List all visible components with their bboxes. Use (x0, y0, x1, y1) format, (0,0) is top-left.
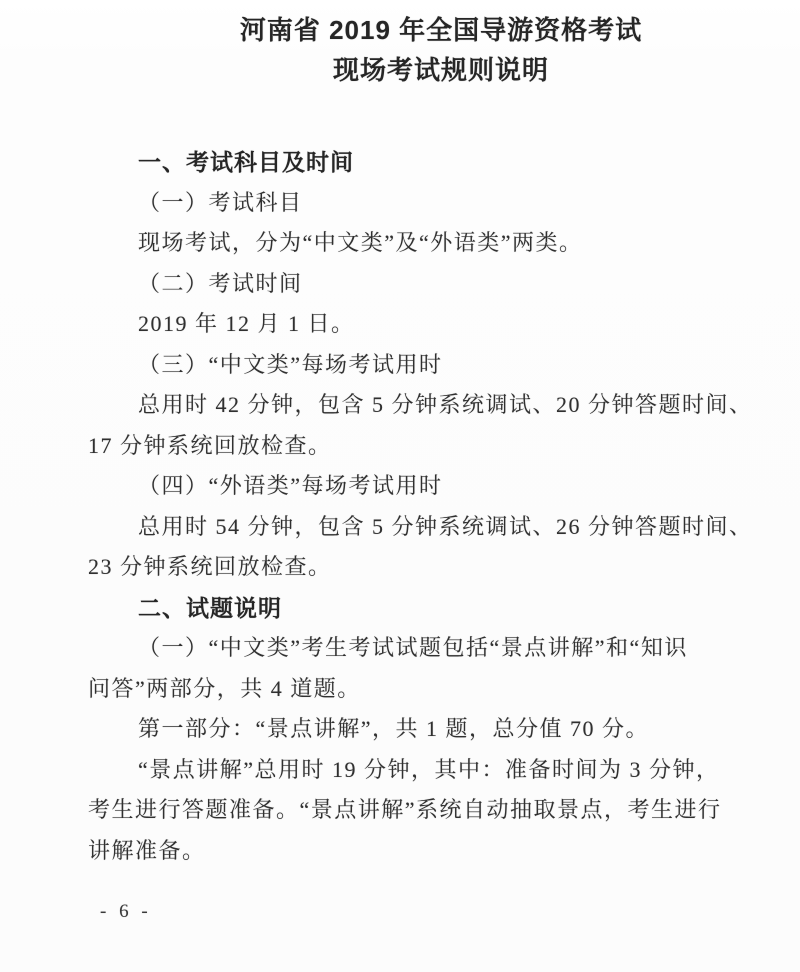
paragraph-scenic-explain-2: 考生进行答题准备。“景点讲解”系统自动抽取景点，考生进行 (88, 790, 710, 831)
section-heading-question-description: 二、试题说明 (88, 588, 710, 629)
subsection-exam-time: （二）考试时间 (88, 264, 710, 305)
paragraph-scenic-explain-3: 讲解准备。 (88, 831, 710, 872)
document-body: 一、考试科目及时间 （一）考试科目 现场考试，分为“中文类”及“外语类”两类。 … (88, 142, 710, 871)
page-number: - 6 - (88, 901, 710, 923)
subsection-foreign-duration: （四）“外语类”每场考试用时 (88, 466, 710, 507)
document-title: 河南省 2019 年全国导游资格考试 现场考试规则说明 (130, 10, 752, 90)
document-title-line-2: 现场考试规则说明 (130, 50, 752, 90)
paragraph-exam-date: 2019 年 12 月 1 日。 (88, 304, 710, 345)
paragraph-scenic-explain-1: “景点讲解”总用时 19 分钟，其中：准备时间为 3 分钟， (88, 750, 710, 791)
paragraph-chinese-duration-2: 17 分钟系统回放检查。 (88, 426, 710, 467)
paragraph-chinese-questions-2: 问答”两部分，共 4 道题。 (88, 669, 710, 710)
paragraph-foreign-duration-2: 23 分钟系统回放检查。 (88, 547, 710, 588)
document-title-line-1: 河南省 2019 年全国导游资格考试 (130, 10, 752, 50)
document-page: 河南省 2019 年全国导游资格考试 现场考试规则说明 一、考试科目及时间 （一… (0, 0, 800, 972)
paragraph-chinese-duration-1: 总用时 42 分钟，包含 5 分钟系统调试、20 分钟答题时间、 (88, 385, 710, 426)
section-heading-exam-subjects-and-time: 一、考试科目及时间 (88, 142, 710, 183)
paragraph-foreign-duration-1: 总用时 54 分钟，包含 5 分钟系统调试、26 分钟答题时间、 (88, 507, 710, 548)
subsection-exam-subjects: （一）考试科目 (88, 183, 710, 224)
paragraph-part-one-score: 第一部分：“景点讲解”，共 1 题，总分值 70 分。 (88, 709, 710, 750)
paragraph-exam-categories: 现场考试，分为“中文类”及“外语类”两类。 (88, 223, 710, 264)
subsection-chinese-duration: （三）“中文类”每场考试用时 (88, 345, 710, 386)
paragraph-chinese-questions-1: （一）“中文类”考生考试试题包括“景点讲解”和“知识 (88, 628, 710, 669)
